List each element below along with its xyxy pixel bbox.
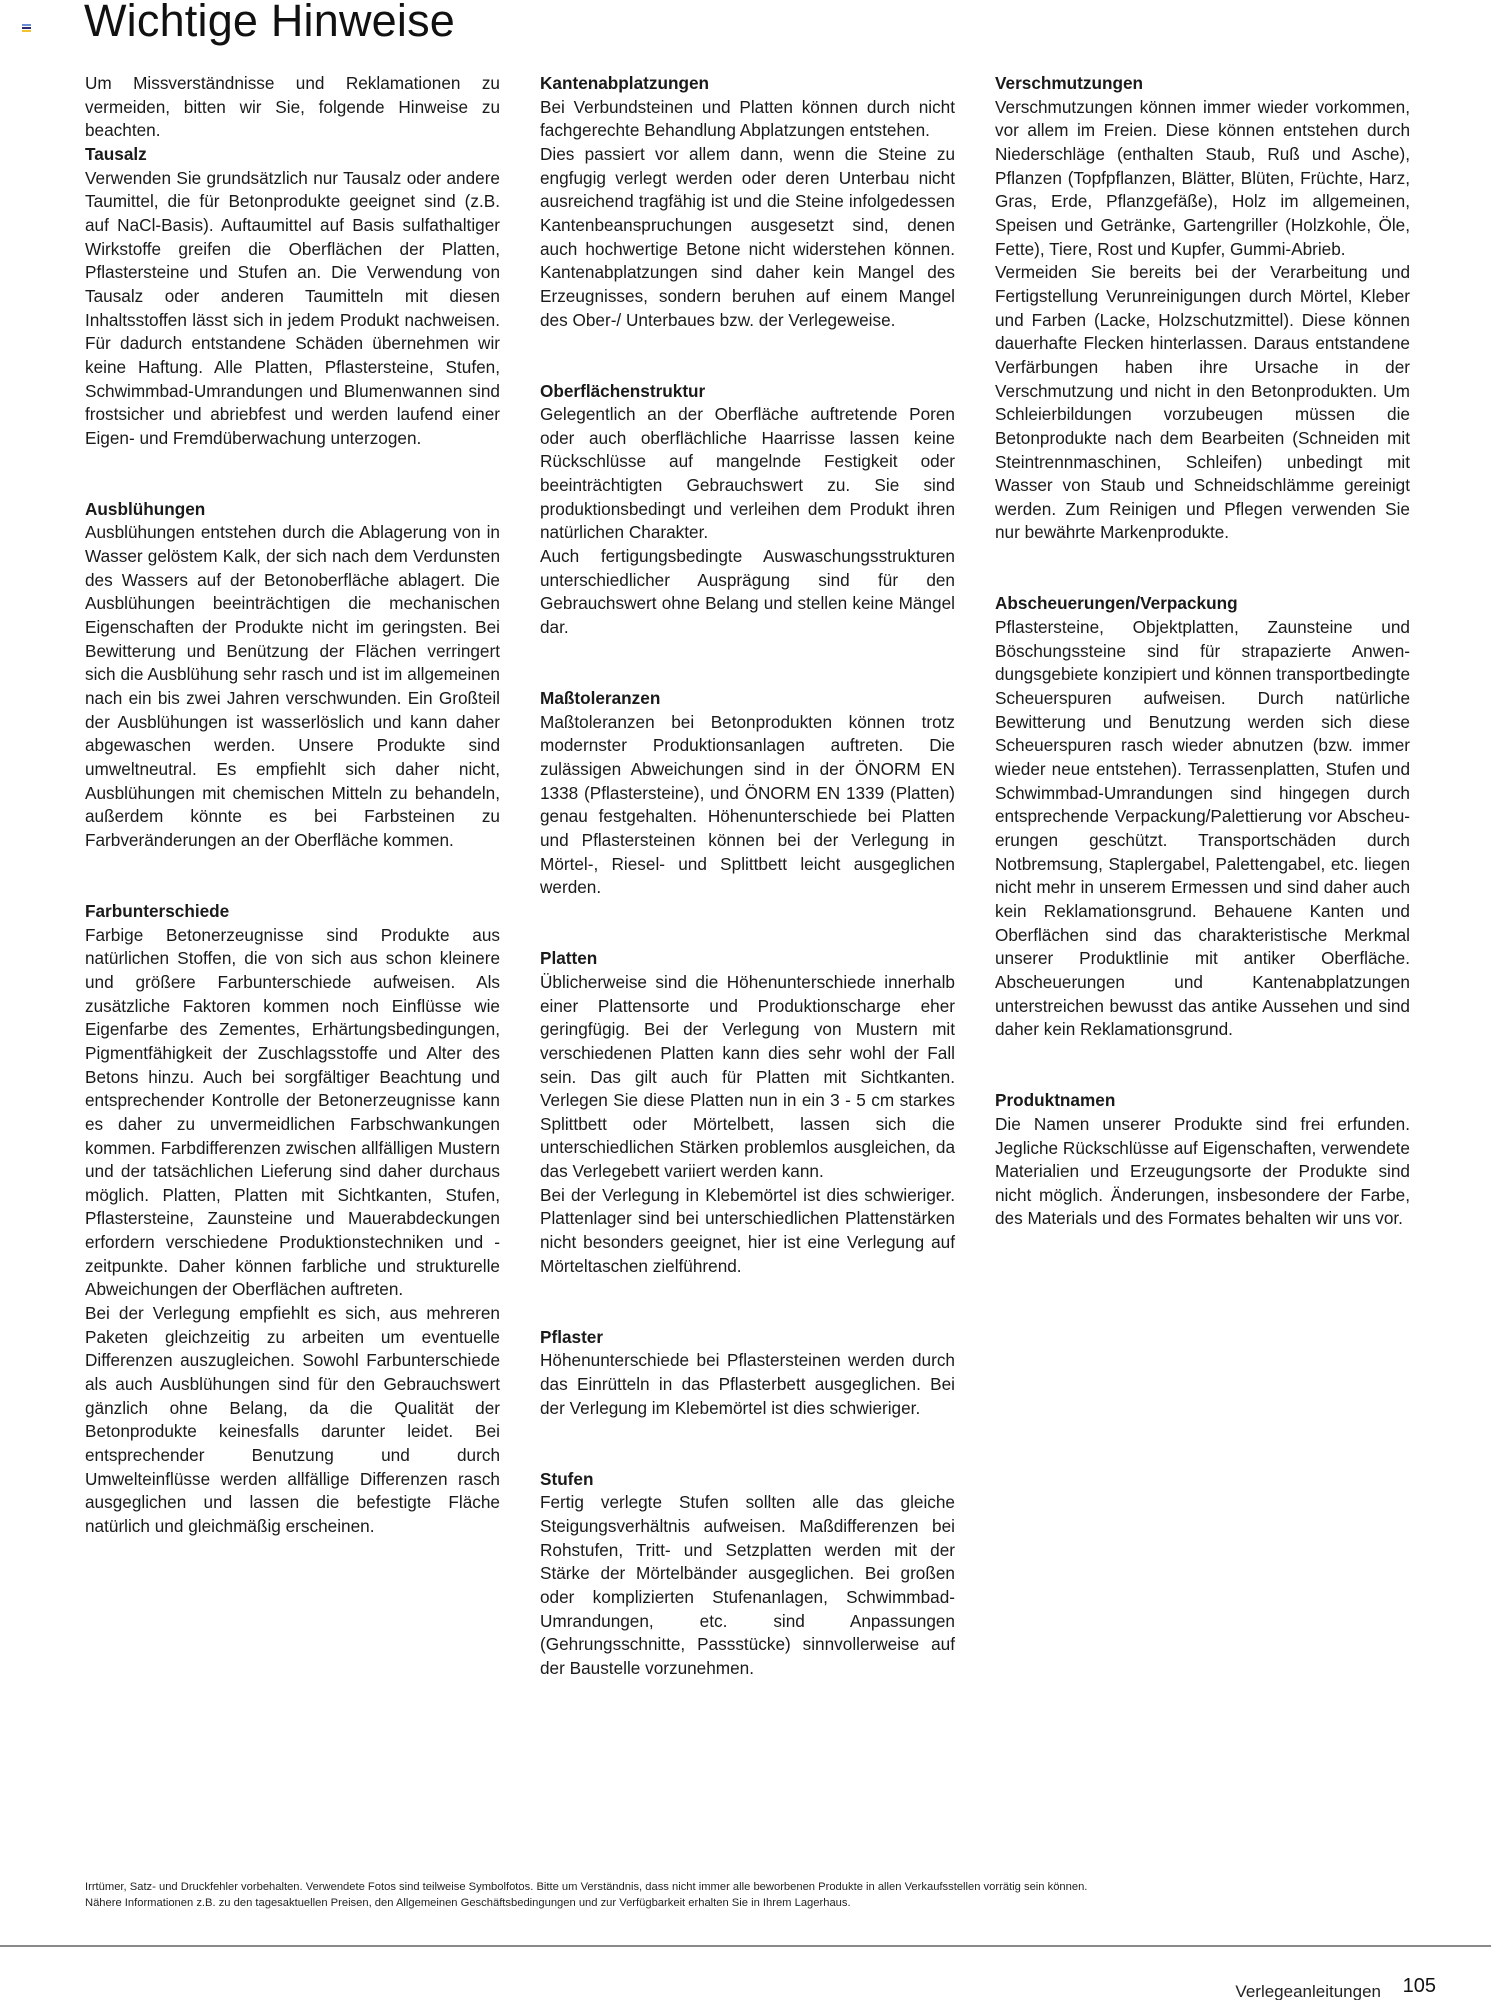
section-paragraph: Gelegentlich an der Oberfläche auftreten… [540,403,955,545]
section-paragraph: Bei der Verlegung in Klebemörtel ist die… [540,1184,955,1279]
section-heading: Farbunterschiede [85,900,500,924]
section-heading: Abscheuerungen/Verpackung [995,592,1410,616]
section-heading: Pflaster [540,1326,955,1350]
section-paragraph: Die Namen unserer Produkte sind frei erf… [995,1113,1410,1231]
page-title: Wichtige Hinweise [84,0,455,48]
section-paragraph: Verschmutzungen können immer wieder vork… [995,96,1410,262]
footer-divider [0,1945,1491,1947]
section-paragraph: Maßtoleranzen bei Betonprodukten können … [540,711,955,900]
content-columns: Um Missverständnisse und Reklamationen z… [85,72,1410,1728]
section-paragraph: Bei der Verlegung empfiehlt es sich, aus… [85,1302,500,1539]
intro-text: Um Missverständnisse und Reklamationen z… [85,72,500,143]
page-number: 105 [1403,1975,1436,1998]
section-farbunterschiede: Farbunterschiede Farbige Betonerzeugniss… [85,900,500,1539]
section-paragraph: Farbige Betonerzeugnisse sind Produkte a… [85,924,500,1303]
section-heading: Stufen [540,1468,955,1492]
section-kantenabplatzungen: Kantenabplatzungen Bei Verbundsteinen un… [540,72,955,332]
section-paragraph: Bei Verbundsteinen und Platten können du… [540,96,955,143]
column-right: Verschmutzungen Verschmutzungen können i… [995,72,1410,1728]
section-heading: Platten [540,947,955,971]
section-heading: Tausalz [85,143,500,167]
section-heading: Produktnamen [995,1089,1410,1113]
section-paragraph: Pflastersteine, Objektplatten, Zaunstein… [995,616,1410,1042]
section-verschmutzungen: Verschmutzungen Verschmutzungen können i… [995,72,1410,545]
section-paragraph: Verwenden Sie grundsätzlich nur Tausalz … [85,167,500,451]
section-paragraph: Üblicherweise sind die Höhenunterschiede… [540,971,955,1184]
section-abscheuerungen-verpackung: Abscheuerungen/Verpackung Pflastersteine… [995,592,1410,1041]
section-produktnamen: Produktnamen Die Namen unserer Produkte … [995,1089,1410,1231]
page-footer: Verlegeanleitungen 105 [1091,1971,1491,2000]
section-heading: Oberflächenstruktur [540,380,955,404]
section-heading: Kantenabplatzungen [540,72,955,96]
column-left: Um Missverständnisse und Reklamationen z… [85,72,500,1728]
section-paragraph: Ausblühungen entstehen durch die Ablager… [85,521,500,852]
section-platten: Platten Üblicherweise sind die Höhenunte… [540,947,955,1278]
section-paragraph: Dies passiert vor allem dann, wenn die S… [540,143,955,332]
section-heading: Ausblühungen [85,498,500,522]
section-label: Verlegeanleitungen [1235,1982,1381,2000]
section-oberflaechenstruktur: Oberflächenstruktur Gelegentlich an der … [540,380,955,640]
disclaimer-line: Irrtümer, Satz- und Druckfehler vorbehal… [85,1879,1425,1895]
section-paragraph: Vermeiden Sie bereits bei der Verarbeitu… [995,261,1410,545]
section-masstoleranzen: Maßtoleranzen Maßtoleranzen bei Betonpro… [540,687,955,900]
section-paragraph: Auch fertigungsbedingte Auswaschungsstru… [540,545,955,640]
section-ausbluehungen: Ausblühungen Ausblühungen entstehen durc… [85,498,500,853]
disclaimer-line: Nähere Informationen z.B. zu den tagesak… [85,1895,1425,1911]
section-heading: Maßtoleranzen [540,687,955,711]
column-middle: Kantenabplatzungen Bei Verbundsteinen un… [540,72,955,1728]
section-pflaster: Pflaster Höhenunterschiede bei Pflasters… [540,1326,955,1421]
section-paragraph: Höhenunterschiede bei Pflastersteinen we… [540,1349,955,1420]
section-heading: Verschmutzungen [995,72,1410,96]
section-stufen: Stufen Fertig verlegte Stufen sollten al… [540,1468,955,1681]
lagerhaus-logo-icon [22,24,31,32]
section-tausalz: Tausalz Verwenden Sie grundsätzlich nur … [85,143,500,451]
section-paragraph: Fertig verlegte Stufen sollten alle das … [540,1491,955,1680]
footer-disclaimer: Irrtümer, Satz- und Druckfehler vorbehal… [85,1879,1425,1911]
